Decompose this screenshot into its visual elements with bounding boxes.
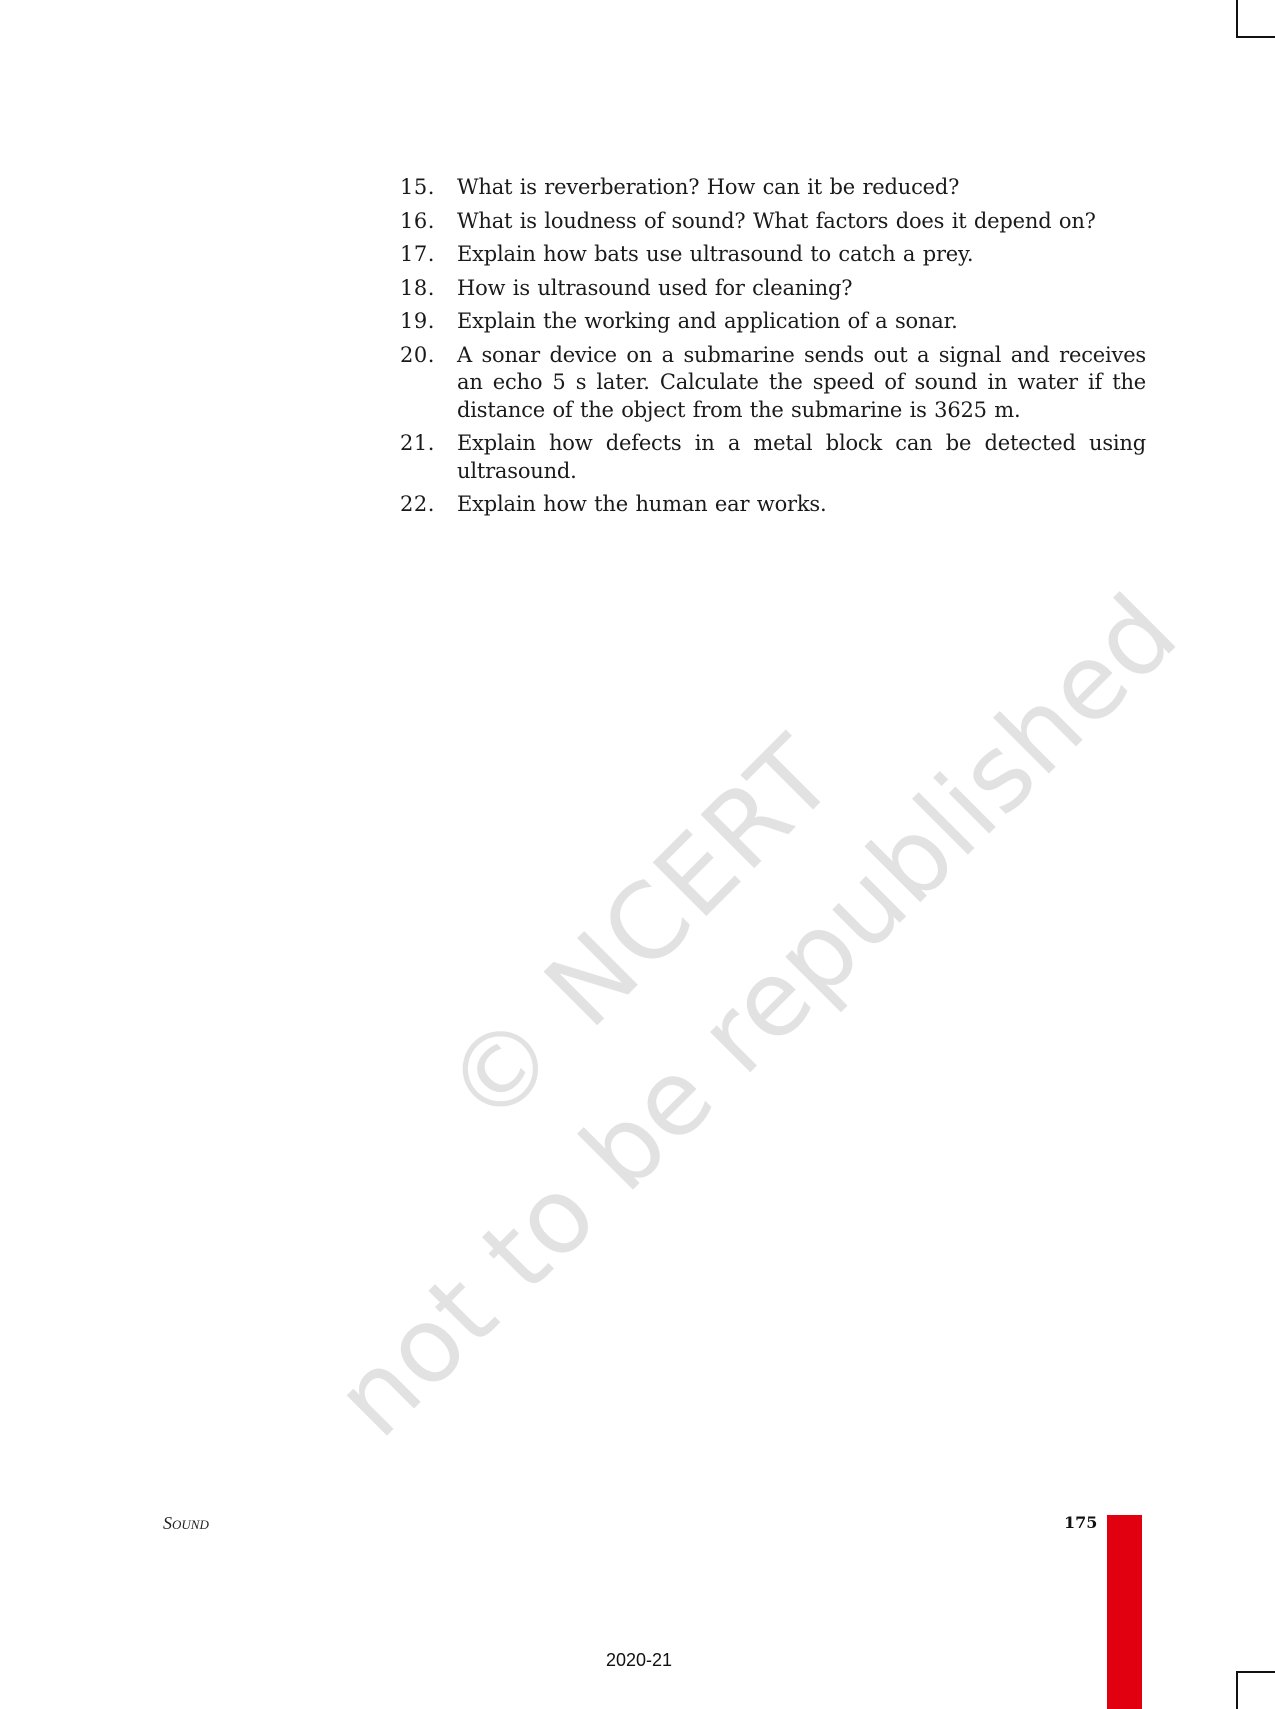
question-number: 20. bbox=[400, 342, 457, 425]
question-number: 16. bbox=[400, 208, 457, 236]
crop-mark-bottom-right bbox=[1236, 1671, 1275, 1709]
question-item: 19. Explain the working and application … bbox=[400, 308, 1146, 336]
question-text: What is loudness of sound? What factors … bbox=[457, 208, 1146, 236]
crop-mark-top-right bbox=[1236, 0, 1275, 38]
chapter-title-footer: Sound bbox=[163, 1513, 209, 1534]
question-number: 17. bbox=[400, 241, 457, 269]
question-text: Explain how defects in a metal block can… bbox=[457, 430, 1146, 485]
question-item: 17. Explain how bats use ultrasound to c… bbox=[400, 241, 1146, 269]
question-item: 15. What is reverberation? How can it be… bbox=[400, 174, 1146, 202]
question-item: 21. Explain how defects in a metal block… bbox=[400, 430, 1146, 485]
question-item: 18. How is ultrasound used for cleaning? bbox=[400, 275, 1146, 303]
exercise-question-list: 15. What is reverberation? How can it be… bbox=[400, 174, 1146, 525]
edition-year: 2020-21 bbox=[606, 1650, 672, 1671]
question-text: How is ultrasound used for cleaning? bbox=[457, 275, 1146, 303]
question-item: 16. What is loudness of sound? What fact… bbox=[400, 208, 1146, 236]
question-number: 22. bbox=[400, 491, 457, 519]
watermark-notice: not to be republished bbox=[318, 577, 1194, 1453]
question-item: 20. A sonar device on a submarine sends … bbox=[400, 342, 1146, 425]
question-number: 18. bbox=[400, 275, 457, 303]
watermark-copyright: © NCERT bbox=[428, 720, 852, 1144]
question-number: 19. bbox=[400, 308, 457, 336]
question-text: What is reverberation? How can it be red… bbox=[457, 174, 1146, 202]
question-text: Explain how the human ear works. bbox=[457, 491, 1146, 519]
question-text: A sonar device on a submarine sends out … bbox=[457, 342, 1146, 425]
page-number: 175 bbox=[1064, 1513, 1097, 1532]
question-text: Explain how bats use ultrasound to catch… bbox=[457, 241, 1146, 269]
question-text: Explain the working and application of a… bbox=[457, 308, 1146, 336]
question-number: 15. bbox=[400, 174, 457, 202]
question-item: 22. Explain how the human ear works. bbox=[400, 491, 1146, 519]
page-edge-color-bar bbox=[1107, 1515, 1142, 1709]
question-number: 21. bbox=[400, 430, 457, 485]
